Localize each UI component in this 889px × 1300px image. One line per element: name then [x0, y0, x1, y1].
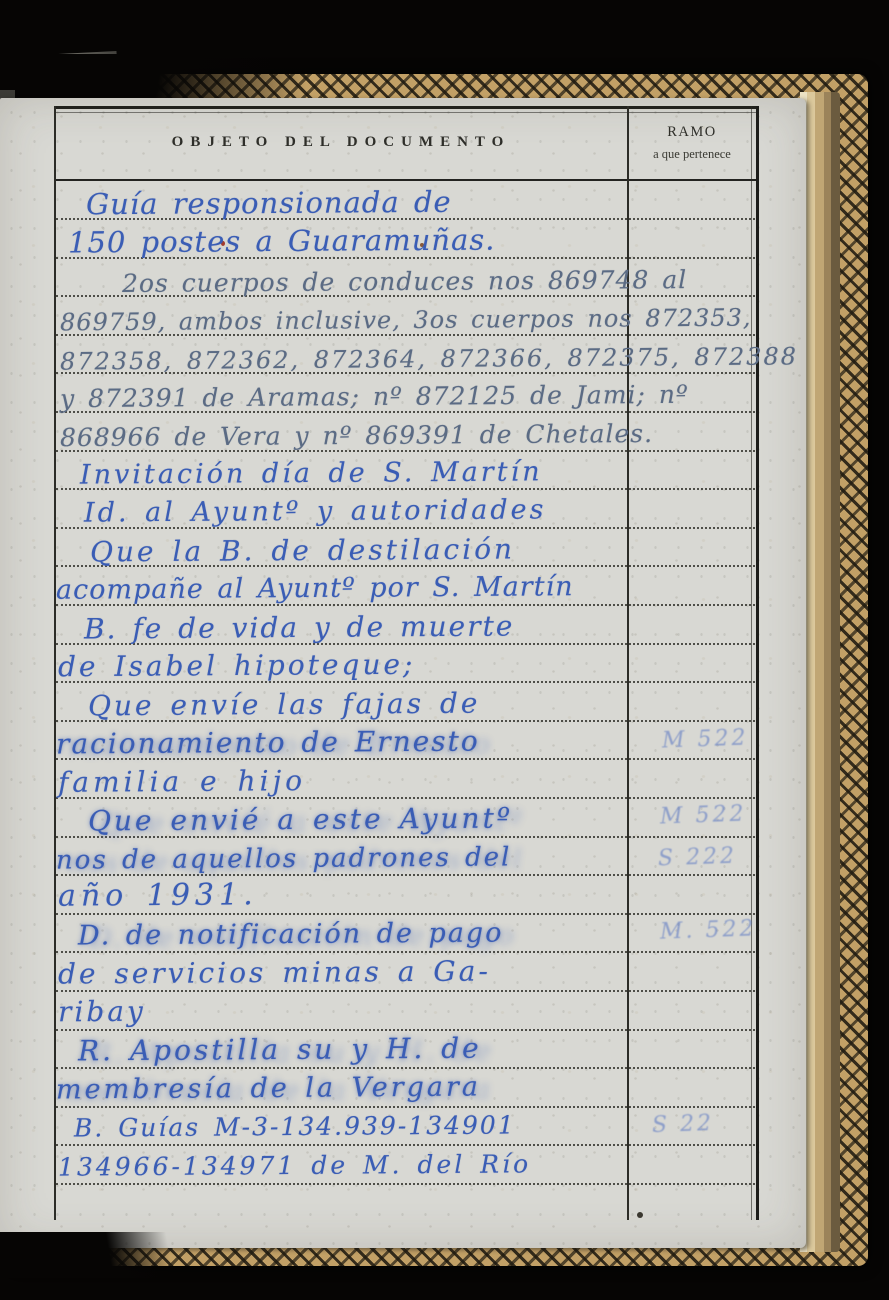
handwritten-entry: acompañe al Ayuntº por S. Martín	[56, 570, 574, 608]
handwritten-entry: familia e hijo	[58, 764, 306, 800]
handwritten-entry: Que envíe las fajas de	[88, 687, 481, 724]
handwritten-entry: 2os cuerpos de conduces nos 869748 al	[122, 263, 687, 301]
handwritten-entry: membresía de la Vergara	[56, 1071, 481, 1108]
handwritten-entry: Id. al Ayuntº y autoridades	[84, 493, 547, 530]
ruled-line	[56, 1029, 755, 1031]
handwritten-entry: B. fe de vida y de muerte	[84, 609, 515, 646]
handwritten-entry: 150 postes a Guaramuñas.	[68, 223, 496, 260]
handwritten-entry: 872358, 872362, 872364, 872366, 872375, …	[60, 339, 798, 378]
handwritten-entry: 868966 de Vera y nº 869391 de Chetales.	[60, 417, 653, 455]
ramo-mark: M 522	[662, 725, 749, 753]
ruled-line	[56, 913, 755, 915]
handwritten-entry: Guía responsionada de	[86, 185, 452, 222]
handwritten-entry: Que la B. de destilación	[90, 533, 515, 570]
table-left-border	[54, 106, 56, 1220]
ramo-mark: M. 522	[660, 916, 757, 944]
ramo-mark: S 22	[652, 1111, 715, 1138]
table-top-border	[54, 106, 758, 109]
handwritten-entry: Invitación día de S. Martín	[80, 455, 543, 492]
handwritten-entry: 869759, ambos inclusive, 3os cuerpos nos…	[60, 301, 752, 340]
handwritten-entry: año 1931.	[58, 878, 258, 913]
column-header-objeto: OBJETO DEL DOCUMENTO	[54, 134, 628, 151]
page-block-edges	[800, 92, 840, 1252]
column-header-ramo: RAMO	[628, 124, 756, 141]
table-right-border	[756, 106, 759, 1220]
table-top-border-thin	[54, 112, 758, 113]
bottom-shadow	[0, 1232, 175, 1278]
table-right-border-thin	[751, 106, 752, 1220]
handwritten-entry: D. de notificación de pago	[78, 917, 504, 954]
handwritten-entry: R. Apostilla su y H. de	[78, 1032, 482, 1069]
handwritten-entry: Que envié a este Ayuntº	[88, 802, 513, 839]
handwritten-entry: de servicios minas a Ga-	[58, 954, 491, 991]
column-header-ramo-subtitle: a que pertenece	[628, 147, 756, 162]
handwritten-entry: racionamiento de Ernesto	[56, 725, 480, 762]
handwritten-entry: de Isabel hipoteque;	[58, 648, 416, 684]
handwritten-entry: 134966-134971 de M. del Río	[58, 1147, 531, 1184]
book-scan: OBJETO DEL DOCUMENTO RAMO a que pertenec…	[0, 0, 889, 1300]
handwritten-entry: y 872391 de Aramas; nº 872125 de Jami; n…	[60, 378, 689, 416]
ramo-mark: M 522	[660, 801, 747, 829]
handwritten-entry: nos de aquellos padrones del	[56, 840, 512, 877]
ramo-mark: S 222	[658, 844, 738, 872]
handwritten-entry: ribay	[58, 995, 146, 1030]
header-divider	[54, 179, 758, 181]
paper-speck	[637, 1212, 643, 1218]
handwritten-entry: B. Guías M-3-134.939-134901	[74, 1108, 516, 1145]
